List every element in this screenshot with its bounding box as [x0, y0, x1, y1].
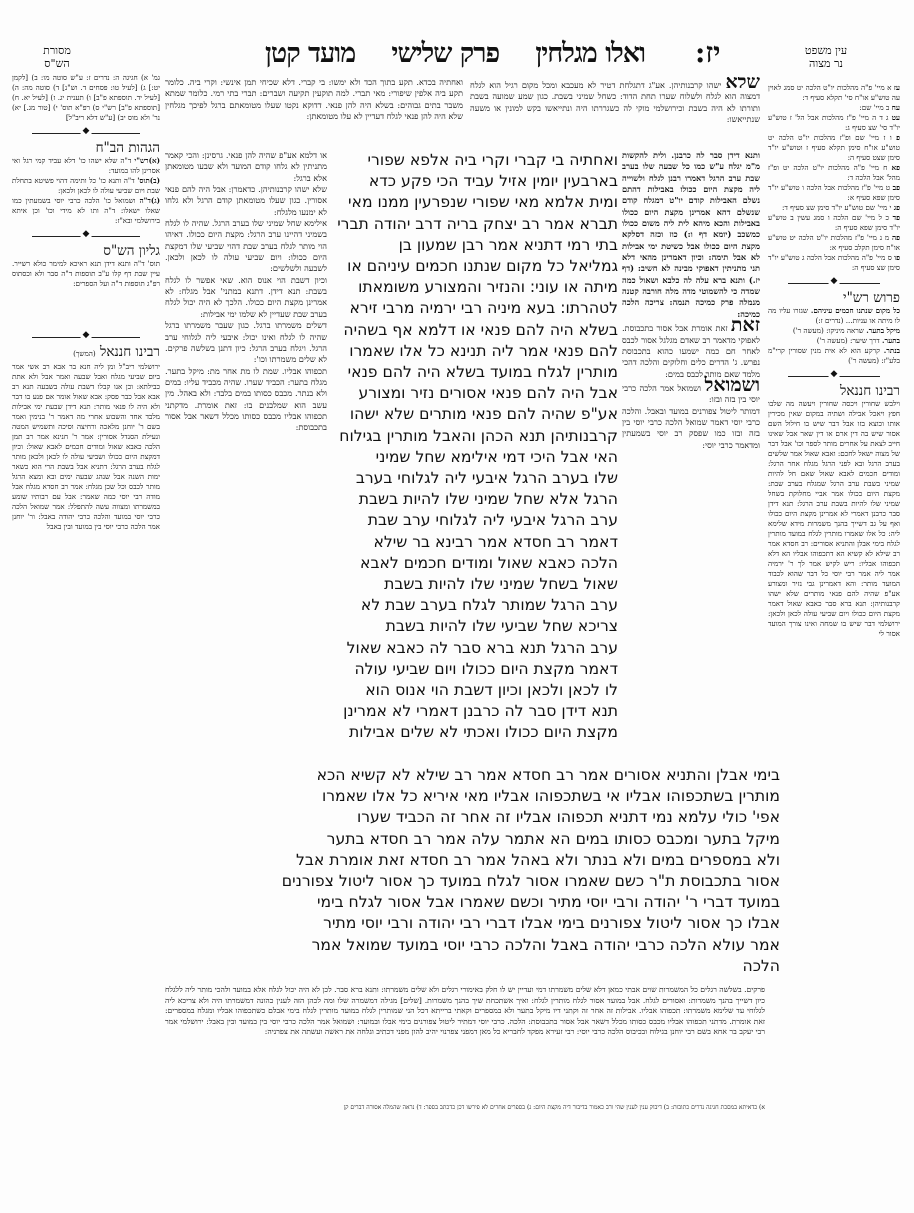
- gemara-line: מותרין בשתכפוהו אבליו אי בשתכפוהו אבליו …: [248, 786, 780, 807]
- gemara-line: הלכה: [248, 956, 780, 977]
- gemara-line: ערב הרגל איבעי ליה לגלוחי ערב שבת: [332, 510, 618, 531]
- perush-rashi-title: פרוש רש"י: [768, 293, 900, 303]
- gemara-line: האי אבל היכי דמי אילימא שחל שמיני: [332, 447, 618, 468]
- gemara-line: ולא במספרים במים ולא בנתר ולא באהל אמר ר…: [248, 850, 780, 871]
- ein-mishpat-entry: פא ח מיי' פ"ה מהלכות יו"ט הלכה יט ופ"ז מ…: [768, 163, 900, 183]
- rashi-paragraph: ותנא דידן סבר לה כרבנן. ולית להקשות מ"מ …: [622, 150, 760, 319]
- ein-mishpat-subtitle: נר מצוה: [790, 57, 862, 70]
- rabbeinu-chananel-text: וילבש שחורין ויכסה שחורין ויעשה מה שלבו …: [768, 399, 900, 639]
- masoret-header: מסורת הש"ס: [22, 44, 92, 70]
- gemara-line: להם פנאי אמר ליה תנינא כל אלו שאמרו: [332, 341, 618, 362]
- gemara-line: אסור בתכבוסת ת"ר כשם שאמרו אסור לגלח במו…: [248, 871, 780, 892]
- tosafot-paragraph: תכפוהו אבליו. שמת לו מת אחר מת: מיקל בתע…: [165, 366, 327, 434]
- hagahot-habach-title: הגהות הב"ח: [12, 143, 160, 153]
- gemara-line: בימי אבלן והתניא אסורים אמר רב חסדא אמר …: [248, 765, 780, 786]
- tosafot-paragraph: שלא ישהו קרבנותיהן. כדאמרן: אבל היה להם …: [165, 184, 327, 218]
- gemara-line: מיקל בתער ומכבס כסותו במים הא אתמר עלה א…: [248, 829, 780, 850]
- tosafot-paragraph: דשלים משמרתו ברגל. כגון שעבר משמרתו ברגל…: [165, 320, 327, 365]
- ein-mishpat-entry: פ ו ז מיי' שם ופ"ז מהלכות יו"ט הלכה יט ט…: [768, 133, 900, 163]
- gemara-line: שלו בערב הרגל איבעי ליה לגלוחי בערב: [332, 468, 618, 489]
- perush-rashi-entry: מיקל בתער. שראה מיניקו: (מעשה ר'): [768, 326, 900, 336]
- gemara-line: מיתה או עוני: והנזיר והמצורע משומאתו: [332, 277, 618, 298]
- ein-mishpat-header: עין משפט נר מצוה: [790, 44, 862, 70]
- bottom-commentary-text: פרקים. בשלשה רגלים כל המשמרות שוים אבתי …: [165, 985, 765, 1038]
- section-divider: [32, 232, 140, 240]
- gemara-line: גמליאל כל מקום שנתנו חכמים עיניהם או: [332, 256, 618, 277]
- gemara-line: תברא אמר רב יצחק בריה דרב יהודה תברי: [332, 214, 618, 235]
- rabbeinu-chananel-title: רבינו חננאל: [768, 386, 900, 396]
- hagahot-entry: (ג)ד"ה ושמואל כו' הלכה כרבי יוסי בשמעתין…: [12, 196, 160, 226]
- ein-mishpat-entry: עט ג ד ה מיי' פ"ז מהלכות אבל הל' ז טוש"ע…: [768, 113, 900, 133]
- tosafot-top: ואחתיה בכדא. תקע בתוך הכד ולא ימשו: בי ק…: [165, 77, 463, 149]
- gemara-line: ואחתיה בי קברי וקרי ביה אלפא שפורי: [332, 150, 618, 171]
- gemara-line: הרגל אלא שחל שמיני שלו להיות בשבת: [332, 489, 618, 510]
- rashi-top: שלא ישהו קרבנותיהן. אע"ג דתגלחת דטיר לא …: [470, 77, 760, 149]
- tosafot-paragraph: ואחתיה בכדא. תקע בתוך הכד ולא ימשו: בי ק…: [165, 77, 463, 122]
- section-divider: [788, 279, 880, 287]
- tosafot-paragraph: וכיון דשבת הוי אנוס הוא. שאי אפשר לו לגל…: [165, 275, 327, 320]
- masoret-hashas-text: גמ' א) חגיגה ה: נדרים ז: ע"ש סוטה מו: ב)…: [12, 73, 160, 123]
- footnotes: א) כדאיתא במסכת חגיגה נדרים כתובות: ב) ד…: [255, 1104, 765, 1116]
- gilyon-hashas-title: גליון הש"ס: [12, 246, 160, 256]
- daf-number: יז:: [695, 36, 720, 70]
- perush-rashi-entry: כל מקום שנתנו חכמים עיניהם. שגזרו עליו מ…: [768, 306, 900, 326]
- right-outer-margin: עז א מיי' פ"ה מהלכות יו"ט הלכה יט סמג לא…: [768, 83, 900, 1093]
- rabbeinu-chananel-cont-text: ירושלמי ריב"ל ומן ליה חנא בר אבא רב אשי …: [12, 362, 160, 532]
- gemara-line: בשלא היה להם פנאי או דלמא אף בשהיה: [332, 320, 618, 341]
- ein-mishpat-entry: פה מ נ מיי' פ"ז מהלכות יו"ט הלכה יט טוש"…: [768, 233, 900, 253]
- hagahot-entry: (א)רש"י ד"ה שלא ישהו כו' דלא עביד קמי רג…: [12, 156, 160, 176]
- gemara-line: בארבעין יומין אזיל עביד הכי פקע כדא: [332, 171, 618, 192]
- tosafot-paragraph: או דלמא אע"פ שהיה להן פנאי. גרסינן: והכי…: [165, 150, 327, 184]
- ein-mishpat-entry: עח ב מיי' שם:: [768, 103, 900, 113]
- gemara-wide-block: בימי אבלן והתניא אסורים אמר רב חסדא אמר …: [248, 765, 780, 980]
- gemara-line: בתי רמי דתניא אמר רבן שמעון בן: [332, 235, 618, 256]
- footnotes-text: א) כדאיתא במסכת חגיגה נדרים כתובות: ב) ד…: [344, 1104, 765, 1111]
- gemara-line: אע"פ שהיה להם פנאי מותרים שלא ישהו: [332, 404, 618, 425]
- ein-mishpat-list: עז א מיי' פ"ה מהלכות יו"ט הלכה יט סמג לא…: [768, 83, 900, 273]
- gemara-line: קרבנותיהן תנא הכהן והאבל מותרין בגילוח: [332, 426, 618, 447]
- gemara-line: אבלו כך אסור ליטול צפורנים בימי אבלו דבר…: [248, 913, 780, 934]
- bottom-commentary: פרקים. בשלשה רגלים כל המשמרות שוים אבתי …: [165, 985, 765, 1095]
- gemara-line: אפי' כולי עלמא נמי דתניא תכפוהו אבליו זה…: [248, 807, 780, 828]
- ein-mishpat-entry: פד כ ל מיי' שם הלכה ו סמג עשין ב טוש"ע י…: [768, 213, 900, 233]
- ein-mishpat-entry: פו ס מיי' פ"ה מהלכות אבל הלכה ג טוש"ע יו…: [768, 253, 900, 273]
- tractate-name: מועד קטן: [265, 38, 355, 69]
- gilyon-hashas-text: תוס' ד"ה ותנא דידן תנא ראיכא למימר כולא …: [12, 259, 160, 289]
- masoret-subtitle: הש"ס: [22, 57, 92, 70]
- gemara-line: אבל היה להם פנאי אסורים נזיר ומצורע: [332, 383, 618, 404]
- ein-mishpat-entry: פג י מיי' שם טוש"ע יו"ד סימן שצ סעיף ד:: [768, 203, 900, 213]
- tosafot-paragraph: אילימא שחל שמיני שלו בערב הרגל. שהיה לו …: [165, 218, 327, 275]
- hagahot-entry: (ב)תוס' ד"ה ותנא כו' כל ותימה דהוי פשיטא…: [12, 176, 160, 196]
- tosafot-column: או דלמא אע"פ שהיה להן פנאי. גרסינן: והכי…: [165, 150, 327, 755]
- chapter-name: ואלו מגלחין: [535, 38, 645, 69]
- perush-rashi-list: כל מקום שנתנו חכמים עיניהם. שגזרו עליו מ…: [768, 306, 900, 366]
- gemara-line: ומית אלמא מאי שפורי שנפרעין ממנו מאי: [332, 192, 618, 213]
- perush-rashi-entry: בתער. דרך שיער: (מעשה ר'): [768, 336, 900, 346]
- gemara-lines-continuation: [332, 552, 618, 764]
- perush-rashi-entry: בנתר. קרקע הוא לא אית מנין שסורין קרי"מ …: [768, 346, 900, 366]
- rashi-column: ותנא דידן סבר לה כרבנן. ולית להקשות מ"מ …: [622, 150, 760, 695]
- rashi-paragraph: דמותר ליטול צפורנים במועד ובאבל. והלכה כ…: [622, 406, 760, 451]
- gemara-line: לטהרתו: בעא מיניה רבי ירמיה מרבי זירא: [332, 298, 618, 319]
- masoret-title: מסורת: [22, 44, 92, 57]
- chapter-ordinal: פרק שלישי: [391, 38, 499, 69]
- page-header: ואלו מגלחין פרק שלישי מועד קטן: [265, 38, 645, 68]
- ein-mishpat-entry: עז א מיי' פ"ה מהלכות יו"ט הלכה יט סמג לא…: [768, 83, 900, 103]
- gemara-line: במועד דברי ר' יהודה ורבי יוסי מתיר וכשם …: [248, 892, 780, 913]
- left-outer-margin: גמ' א) חגיגה ה: נדרים ז: ע"ש סוטה מו: ב)…: [12, 73, 160, 1093]
- gemara-line: מותרין לגלח במועד בשלא היה להם פנאי: [332, 362, 618, 383]
- section-divider: [788, 372, 880, 380]
- section-divider: [32, 333, 140, 341]
- ein-mishpat-title: עין משפט: [790, 44, 862, 57]
- gemara-line: דאמר רב חסדא אמר רבינא בר שילא: [332, 532, 618, 553]
- gemara-line: אמר עולא הלכה כרבי יהודה באבל והלכה כרבי…: [248, 935, 780, 956]
- rabbeinu-chananel-cont-title: רבינו חננאל (המשך): [12, 347, 160, 359]
- section-divider: [32, 129, 140, 137]
- ein-mishpat-entry: פב ט מיי' פ"ז מהלכות אבל הלכה ו טוש"ע יו…: [768, 183, 900, 203]
